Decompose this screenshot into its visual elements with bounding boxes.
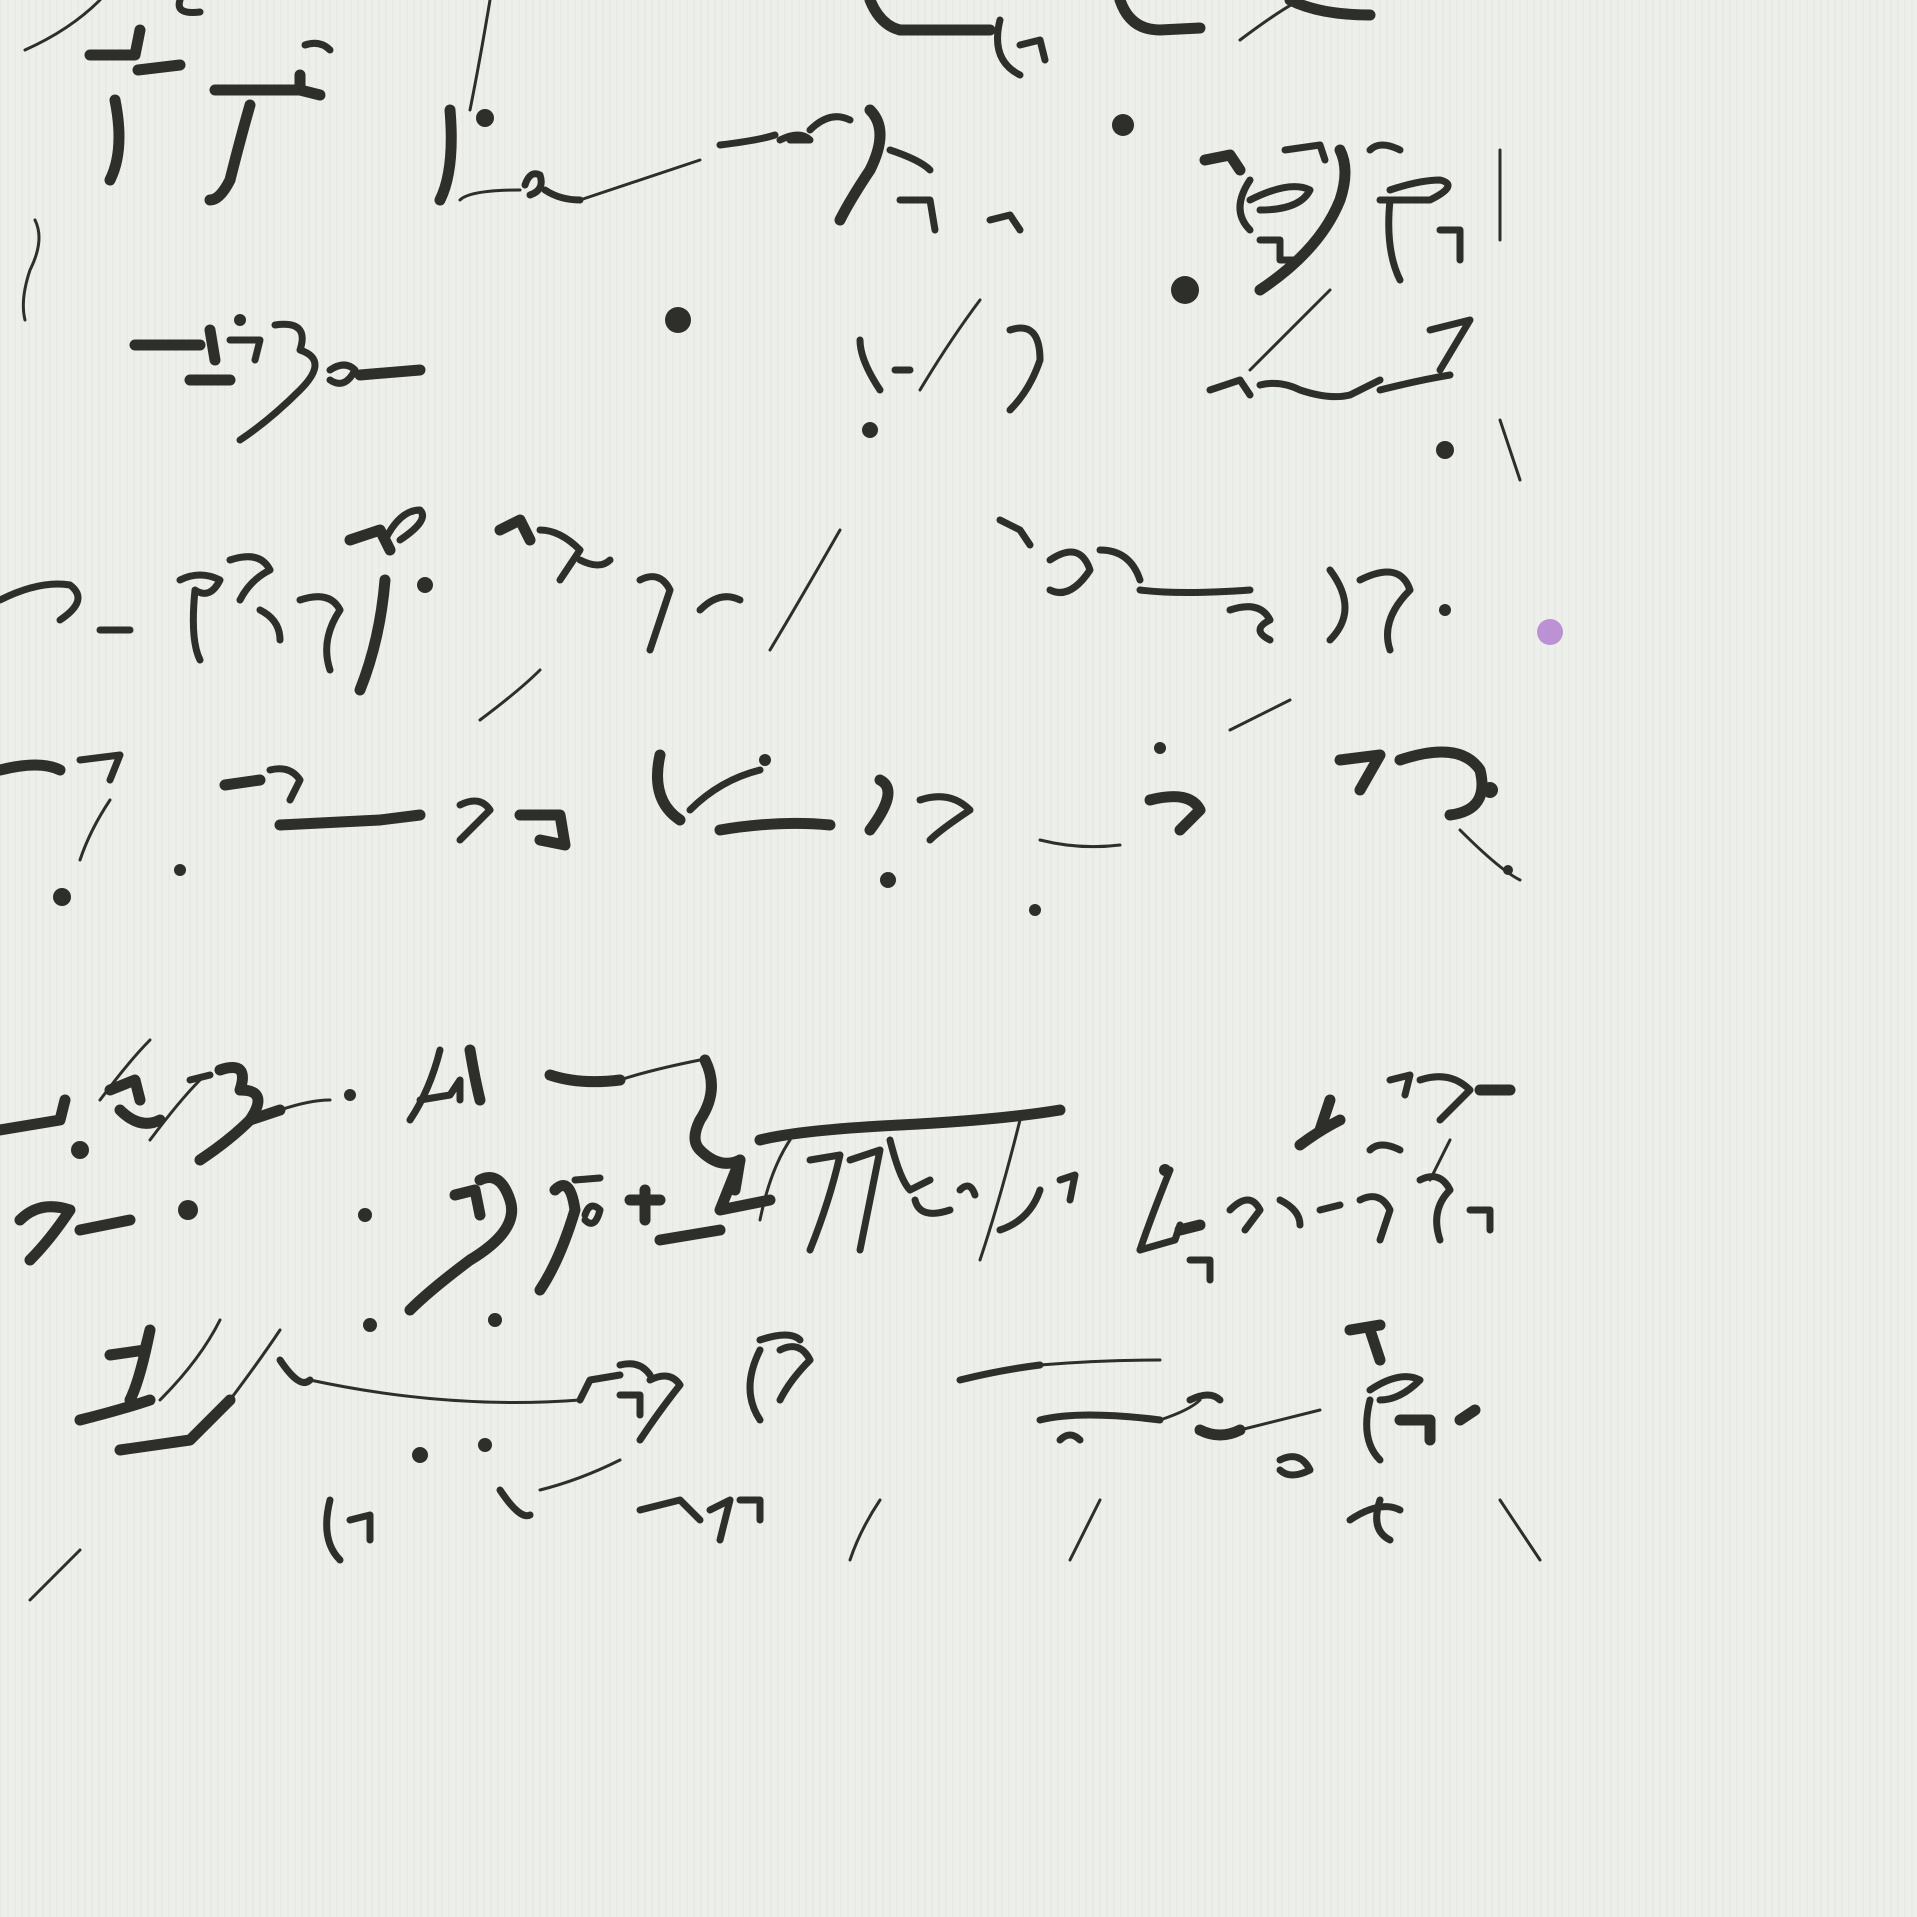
line-8: [80, 1313, 1475, 1540]
line-9: [30, 1500, 1540, 1600]
line-7: [20, 1120, 1490, 1310]
line-4: [0, 314, 1563, 730]
line-2: [23, 30, 1500, 320]
line-5: [0, 742, 1520, 916]
manuscript-page: Stenographic symbols; no legible Latin-s…: [0, 0, 1917, 1917]
line-6: [0, 1040, 1510, 1180]
line-1: [25, 0, 1370, 127]
shorthand-strokes: [0, 0, 1917, 1917]
line-3: [135, 215, 1520, 480]
